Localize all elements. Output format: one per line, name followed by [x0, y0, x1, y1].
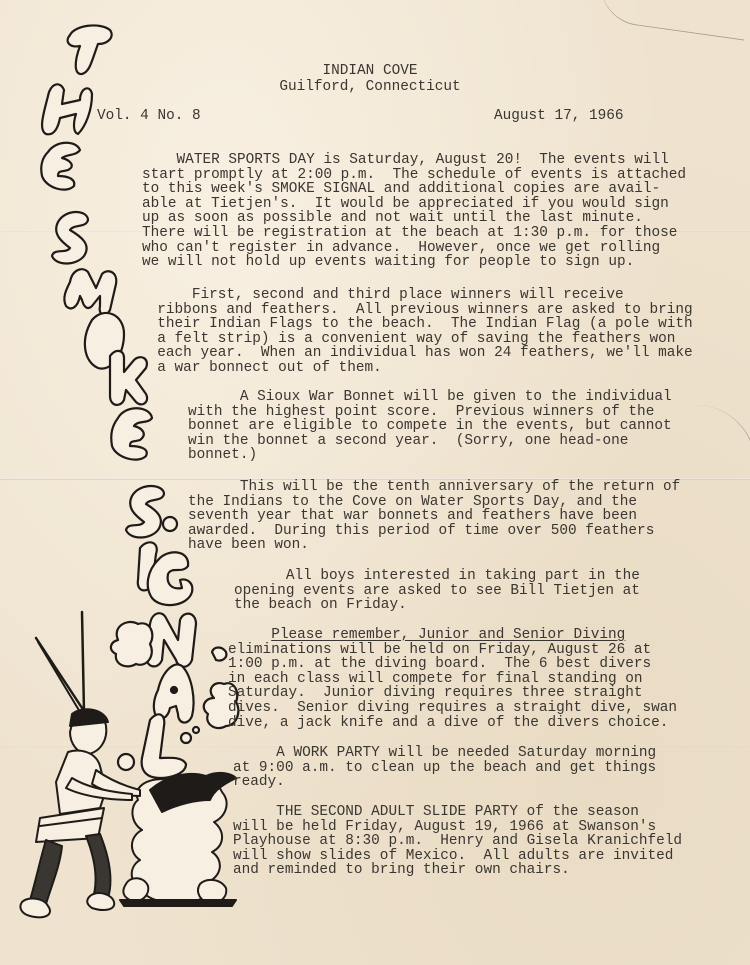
text-line: There will be registration at the beach … — [142, 226, 686, 241]
paragraph-diving-eliminations: Please remember, Junior and Senior Divin… — [228, 628, 677, 730]
text-line: THE SECOND ADULT SLIDE PARTY of the seas… — [233, 805, 682, 820]
text-line: All boys interested in taking part in th… — [234, 569, 640, 584]
paragraph-work-party: A WORK PARTY will be needed Saturday mor… — [233, 746, 656, 790]
text-line: A WORK PARTY will be needed Saturday mor… — [233, 746, 656, 761]
text-line: Playhouse at 8:30 p.m. Henry and Gisela … — [233, 834, 682, 849]
text-line: First, second and third place winners wi… — [140, 288, 693, 303]
text-line: who can't register in advance. However, … — [142, 241, 686, 256]
text-line: the Indians to the Cove on Water Sports … — [188, 495, 680, 510]
text-line: able at Tietjen's. It would be appreciat… — [142, 197, 686, 212]
paragraph-opening-events: All boys interested in taking part in th… — [234, 569, 640, 613]
underlined-heading: Please remember, Junior and Senior Divin… — [271, 627, 625, 643]
text-line: we will not hold up events waiting for p… — [142, 255, 686, 270]
text-line: will be held Friday, August 19, 1966 at … — [233, 820, 682, 835]
text-line: awarded. During this period of time over… — [188, 524, 680, 539]
text-line: start promptly at 2:00 p.m. The schedule… — [142, 168, 686, 183]
text-line: to this week's SMOKE SIGNAL and addition… — [142, 182, 686, 197]
text-line: a felt strip) is a convenient way of sav… — [140, 332, 693, 347]
text-line: dives. Senior diving requires a straight… — [228, 701, 677, 716]
text-line: bonnet.) — [188, 448, 672, 463]
issue-date: August 17, 1966 — [494, 109, 624, 124]
text-line-underlined: Please remember, Junior and Senior Divin… — [228, 628, 677, 643]
paragraph-winners-feathers: First, second and third place winners wi… — [140, 288, 693, 376]
text-line: have been won. — [188, 538, 680, 553]
text-line: their Indian Flags to the beach. The Ind… — [140, 317, 693, 332]
text-line: seventh year that war bonnets and feathe… — [188, 509, 680, 524]
paper-crease — [695, 405, 750, 475]
paragraph-tenth-anniversary: This will be the tenth anniversary of th… — [188, 480, 680, 553]
text-line: This will be the tenth anniversary of th… — [188, 480, 680, 495]
text-line: opening events are asked to see Bill Tie… — [234, 584, 640, 599]
newsletter-page: INDIAN COVE Guilford, Connecticut Vol. 4… — [0, 0, 750, 965]
text-line: will show slides of Mexico. All adults a… — [233, 849, 682, 864]
text-line: win the bonnet a second year. (Sorry, on… — [188, 434, 672, 449]
text-line: Saturday. Junior diving requires three s… — [228, 686, 677, 701]
text-line: bonnet are eligible to compete in the ev… — [188, 419, 672, 434]
newsletter-title: INDIAN COVE — [310, 64, 430, 79]
text-line: WATER SPORTS DAY is Saturday, August 20!… — [142, 153, 686, 168]
text-line: ribbons and feathers. All previous winne… — [140, 303, 693, 318]
text-line: at 9:00 a.m. to clean up the beach and g… — [233, 761, 656, 776]
paragraph-sioux-war-bonnet: A Sioux War Bonnet will be given to the … — [188, 390, 672, 463]
text-line: in each class will compete for final sta… — [228, 672, 677, 687]
text-line: ready. — [233, 775, 656, 790]
volume-number: Vol. 4 No. 8 — [97, 109, 201, 124]
text-line: eliminations will be held on Friday, Aug… — [228, 643, 677, 658]
paragraph-water-sports-day: WATER SPORTS DAY is Saturday, August 20!… — [142, 153, 686, 270]
text-line: each year. When an individual has won 24… — [140, 346, 693, 361]
text-line: the beach on Friday. — [234, 598, 640, 613]
text-line: a war bonnect out of them. — [140, 361, 693, 376]
text-line: dive, a jack knife and a dive of the div… — [228, 716, 677, 731]
text-line: and reminded to bring their own chairs. — [233, 863, 682, 878]
newsletter-location: Guilford, Connecticut — [250, 80, 490, 95]
text-line: 1:00 p.m. at the diving board. The 6 bes… — [228, 657, 677, 672]
paper-crease — [596, 0, 750, 41]
text-line: up as soon as possible and not wait unti… — [142, 211, 686, 226]
text-line: A Sioux War Bonnet will be given to the … — [188, 390, 672, 405]
paragraph-adult-slide-party: THE SECOND ADULT SLIDE PARTY of the seas… — [233, 805, 682, 878]
text-line: with the highest point score. Previous w… — [188, 405, 672, 420]
